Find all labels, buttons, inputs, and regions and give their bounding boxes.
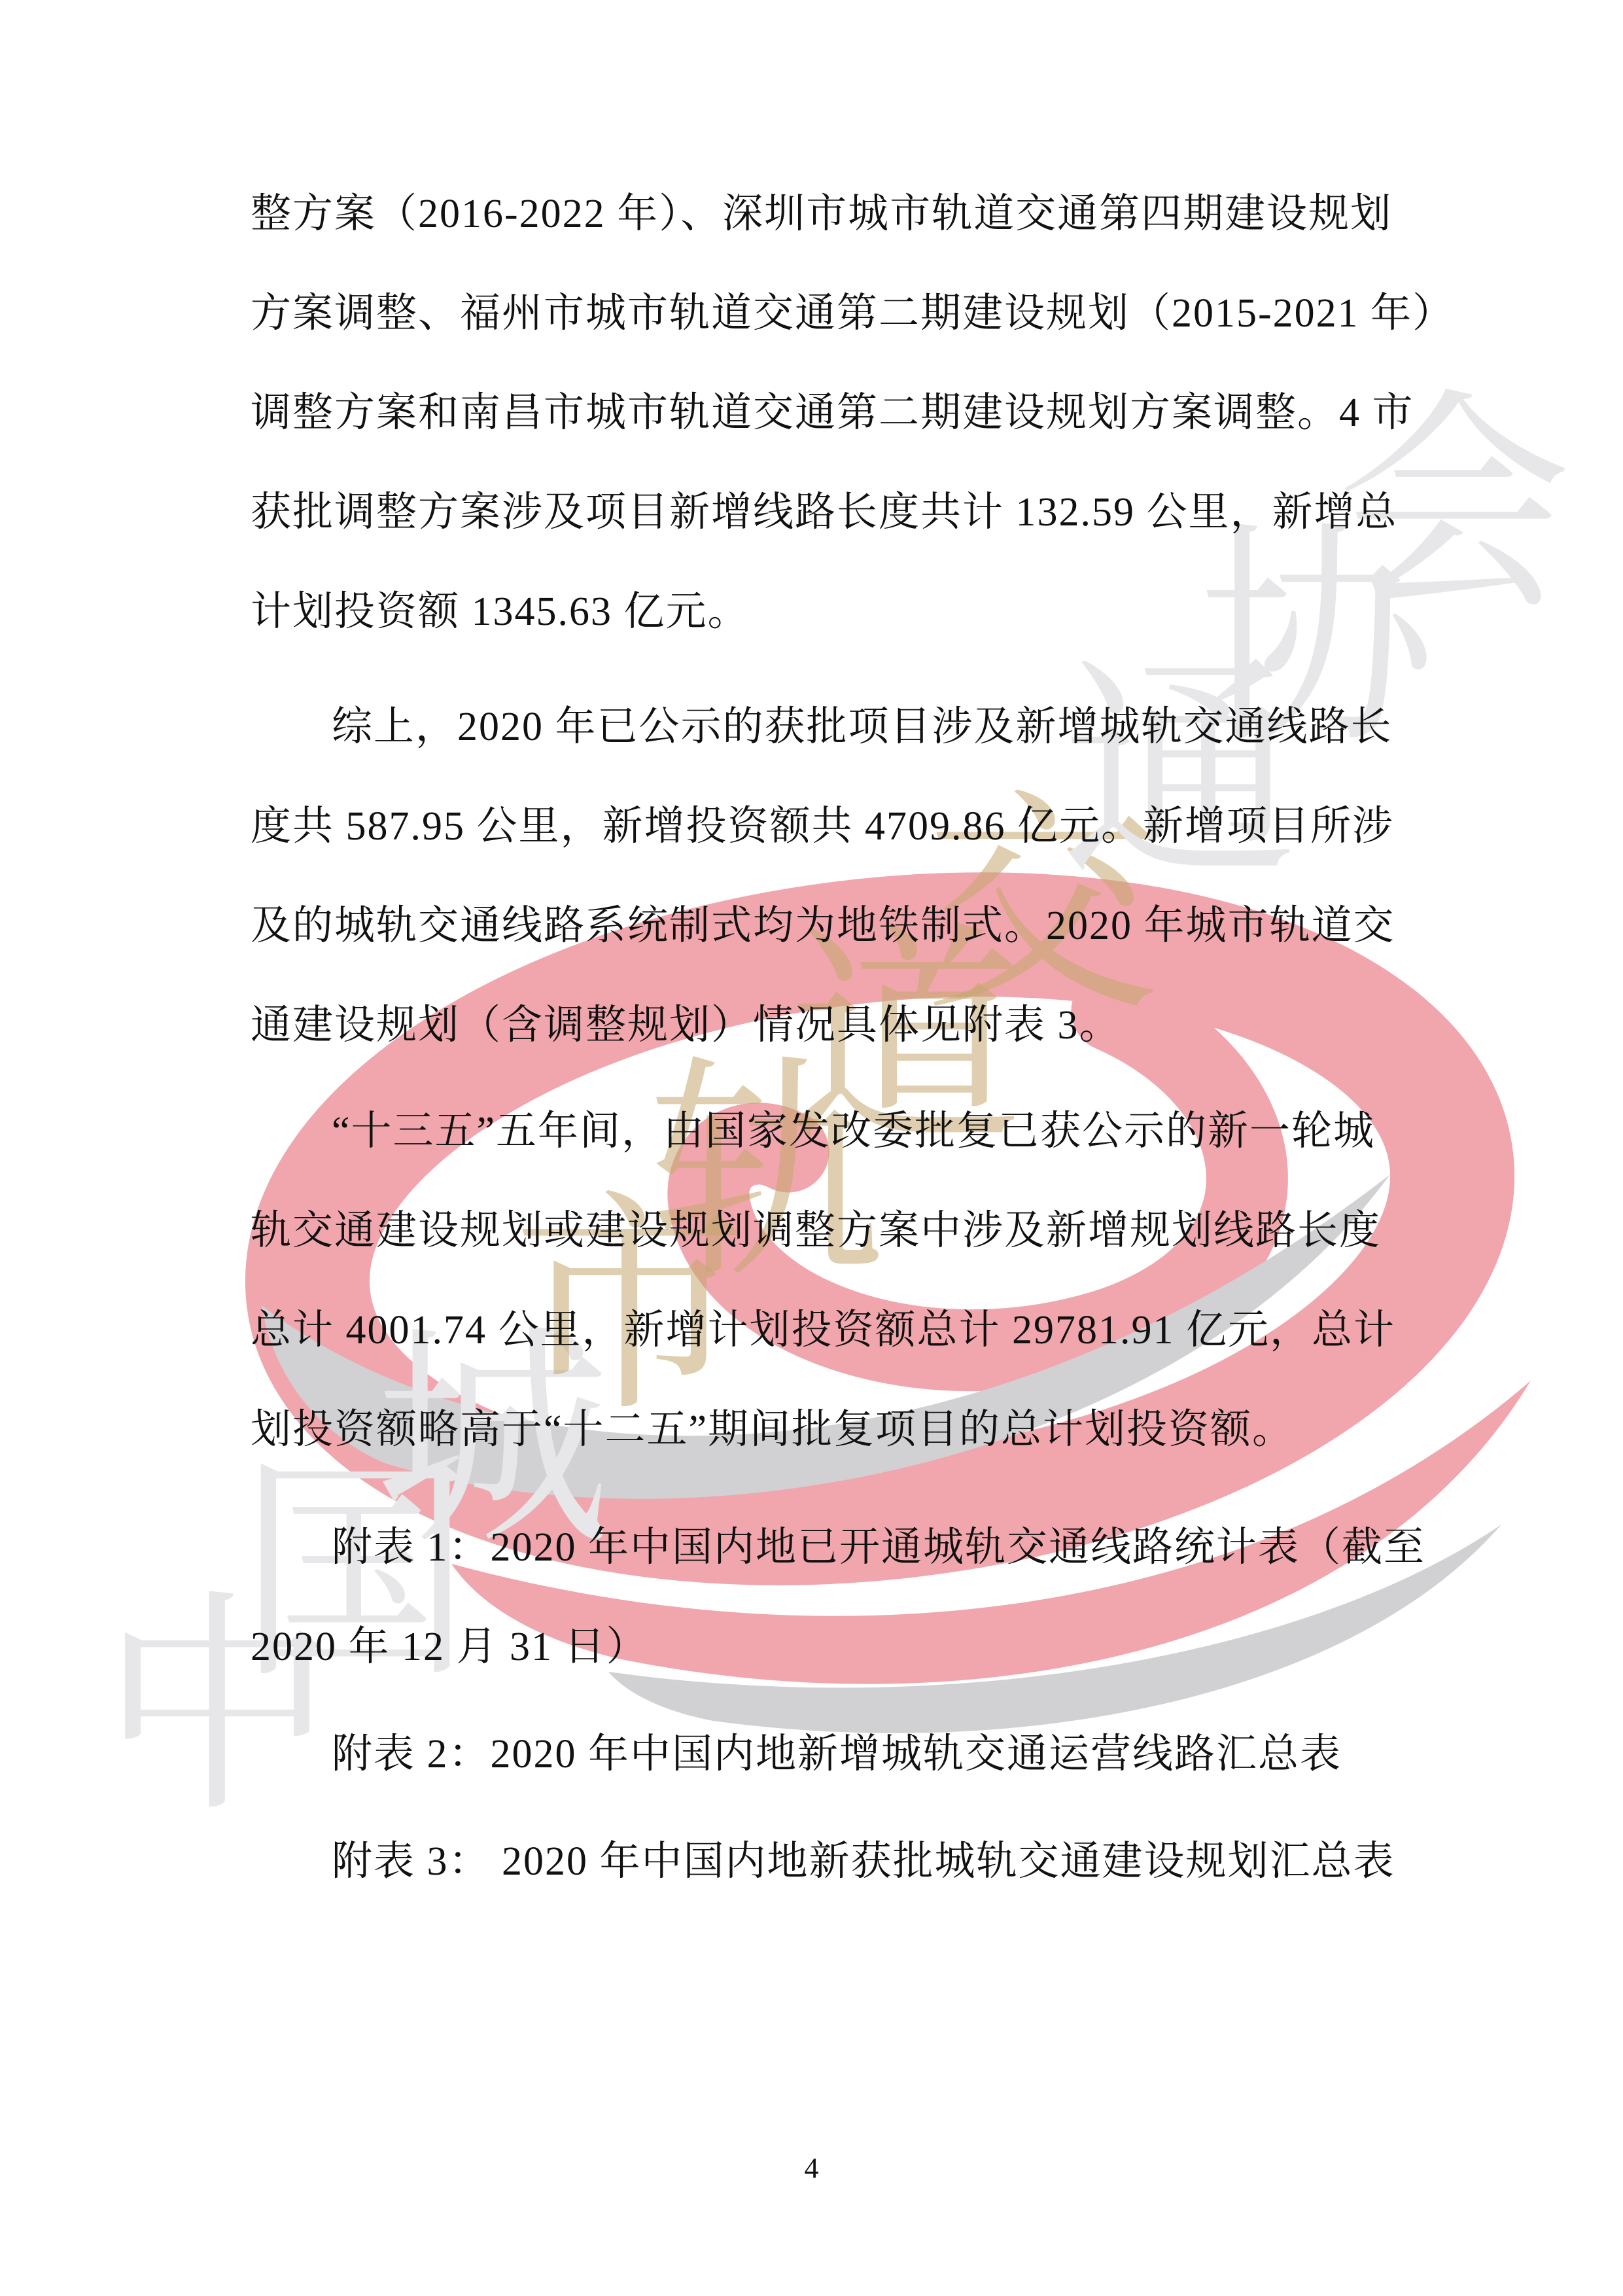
body-line: 附表 1：2020 年中国内地已开通城轨交通线路统计表（截至	[251, 1498, 1374, 1597]
body-line: 总计 4001.74 公里，新增计划投资额总计 29781.91 亿元，总计	[251, 1280, 1374, 1380]
paragraph: 综上，2020 年已公示的获批项目涉及新增城轨交通线路长 度共 587.95 公…	[251, 677, 1374, 1075]
body-line: 计划投资额 1345.63 亿元。	[251, 562, 1374, 662]
body-line: 通建设规划（含调整规划）情况具体见附表 3。	[251, 976, 1374, 1075]
paragraph: 附表 1：2020 年中国内地已开通城轨交通线路统计表（截至 2020 年 12…	[251, 1498, 1374, 1697]
body-line: 2020 年 12 月 31 日）	[251, 1597, 1374, 1697]
body-line: 及的城轨交通线路系统制式均为地铁制式。2020 年城市轨道交	[251, 876, 1374, 976]
paragraph: 附表 2：2020 年中国内地新增城轨交通运营线路汇总表	[251, 1704, 1374, 1804]
body-line: “十三五”五年间，由国家发改委批复已获公示的新一轮城	[251, 1082, 1374, 1181]
body-line: 获批调整方案涉及项目新增线路长度共计 132.59 公里，新增总	[251, 463, 1374, 562]
body-line: 调整方案和南昌市城市轨道交通第二期建设规划方案调整。4 市	[251, 363, 1374, 463]
body-line: 方案调整、福州市城市轨道交通第二期建设规划（2015-2021 年）	[251, 264, 1374, 363]
document-text: 整方案（2016-2022 年）、深圳市城市轨道交通第四期建设规划 方案调整、福…	[251, 164, 1374, 1911]
body-line: 综上，2020 年已公示的获批项目涉及新增城轨交通线路长	[251, 677, 1374, 777]
body-line: 整方案（2016-2022 年）、深圳市城市轨道交通第四期建设规划	[251, 164, 1374, 264]
page-number: 4	[0, 2151, 1623, 2185]
paragraph: “十三五”五年间，由国家发改委批复已获公示的新一轮城 轨交通建设规划或建设规划调…	[251, 1082, 1374, 1479]
body-line: 轨交通建设规划或建设规划调整方案中涉及新增规划线路长度	[251, 1181, 1374, 1280]
paragraph: 附表 3： 2020 年中国内地新获批城轨交通建设规划汇总表	[251, 1812, 1374, 1911]
paragraph: 整方案（2016-2022 年）、深圳市城市轨道交通第四期建设规划 方案调整、福…	[251, 164, 1374, 662]
body-line: 度共 587.95 公里，新增投资额共 4709.86 亿元。新增项目所涉	[251, 777, 1374, 876]
body-line: 附表 3： 2020 年中国内地新获批城轨交通建设规划汇总表	[251, 1812, 1374, 1911]
body-line: 划投资额略高于“十二五”期间批复项目的总计划投资额。	[251, 1380, 1374, 1479]
document-page: 中 国 城 市 轨 道 交 通 协 会 整方案（2016-2022 年）、深圳市…	[0, 0, 1623, 2296]
body-line: 附表 2：2020 年中国内地新增城轨交通运营线路汇总表	[251, 1704, 1374, 1804]
